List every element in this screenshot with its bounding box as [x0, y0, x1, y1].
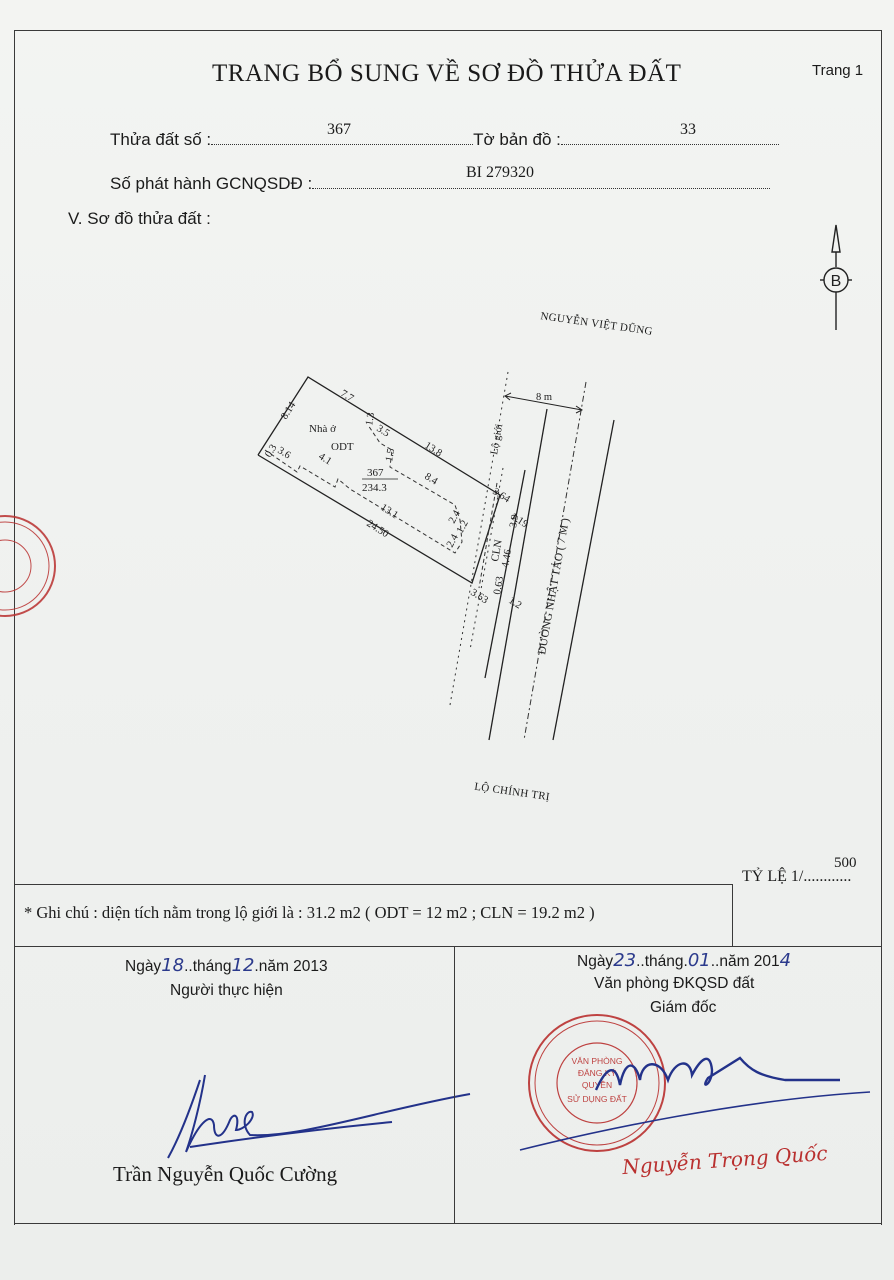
road-name: ĐƯỜNG NHẬT TẢO ( 7 M ) — [534, 517, 572, 656]
signature-right-icon — [520, 1058, 870, 1150]
dim-south: 24.50 — [364, 518, 390, 540]
month-prefix: ..tháng. — [636, 953, 688, 970]
parcel-area-label: 234.3 — [362, 482, 387, 494]
left-role: Người thực hiện — [170, 982, 283, 1000]
dim-east-c: 0.63 — [492, 576, 506, 596]
left-signer-name: Trần Nguyễn Quốc Cường — [113, 1162, 337, 1187]
dim-east-a: 3.9 — [508, 514, 521, 529]
left-month: 12 — [232, 955, 255, 976]
road-width-label: 8 m — [536, 392, 552, 403]
month-prefix: ..tháng — [184, 958, 231, 975]
parcel-number-label: 367 — [367, 467, 384, 479]
date-prefix: Ngày — [125, 958, 161, 975]
right-year-hand: 4 — [780, 950, 791, 971]
note-text: * Ghi chú : diện tích nằm trong lộ giới … — [24, 903, 595, 923]
right-year: ..năm 201 — [711, 953, 780, 970]
dim-north-b: 13.8 — [422, 440, 443, 459]
boundary-label: Lộ giới — [489, 423, 505, 455]
signature-row-divider — [14, 946, 882, 947]
dim-east-d: 1.2 — [506, 595, 523, 611]
parcel-diagram: B 8 m — [0, 0, 894, 1280]
land-type-main: ODT — [331, 441, 354, 453]
dim-house-c: 13.1 — [378, 502, 399, 521]
signature-column-divider — [454, 946, 455, 1224]
left-date: Ngày18..tháng12.năm 2013 — [125, 955, 328, 976]
dim-house-d: 1.3 — [364, 412, 377, 427]
dim-house-b: 4.1 — [316, 451, 333, 467]
svg-text:VĂN PHÒNG: VĂN PHÒNG — [571, 1056, 622, 1066]
north-label: B — [831, 273, 842, 290]
dim-west: 8.14 — [279, 400, 298, 422]
dim-north-c: 3.64 — [490, 486, 512, 505]
house-label: Nhà ở — [309, 423, 336, 435]
right-month: 01 — [688, 950, 711, 971]
date-prefix: Ngày — [577, 953, 613, 970]
dim-house-f: 1.5 — [384, 448, 397, 463]
dim-south-end: 3.63 — [468, 587, 489, 606]
right-office: Văn phòng ĐKQSD đất — [594, 975, 754, 993]
signature-left-icon — [168, 1075, 470, 1158]
dim-north-a: 7.7 — [338, 388, 355, 404]
left-day: 18 — [161, 955, 184, 976]
dim-house-e: 3.5 — [374, 423, 391, 439]
right-role: Giám đốc — [650, 999, 716, 1017]
scale-label: TỶ LỆ 1/............ — [742, 868, 851, 886]
svg-text:SỬ DỤNG ĐẤT: SỬ DỤNG ĐẤT — [567, 1093, 627, 1104]
dim-house-g: 8.4 — [422, 471, 440, 488]
right-date: Ngày23..tháng.01..năm 2014 — [577, 950, 791, 971]
stamp-left-icon — [0, 516, 55, 616]
cln-strip — [479, 483, 497, 588]
right-day: 23 — [613, 950, 636, 971]
left-year: .năm 2013 — [254, 958, 327, 975]
document-page: TRANG BỔ SUNG VỀ SƠ ĐỒ THỬA ĐẤT Trang 1 … — [0, 0, 894, 1280]
